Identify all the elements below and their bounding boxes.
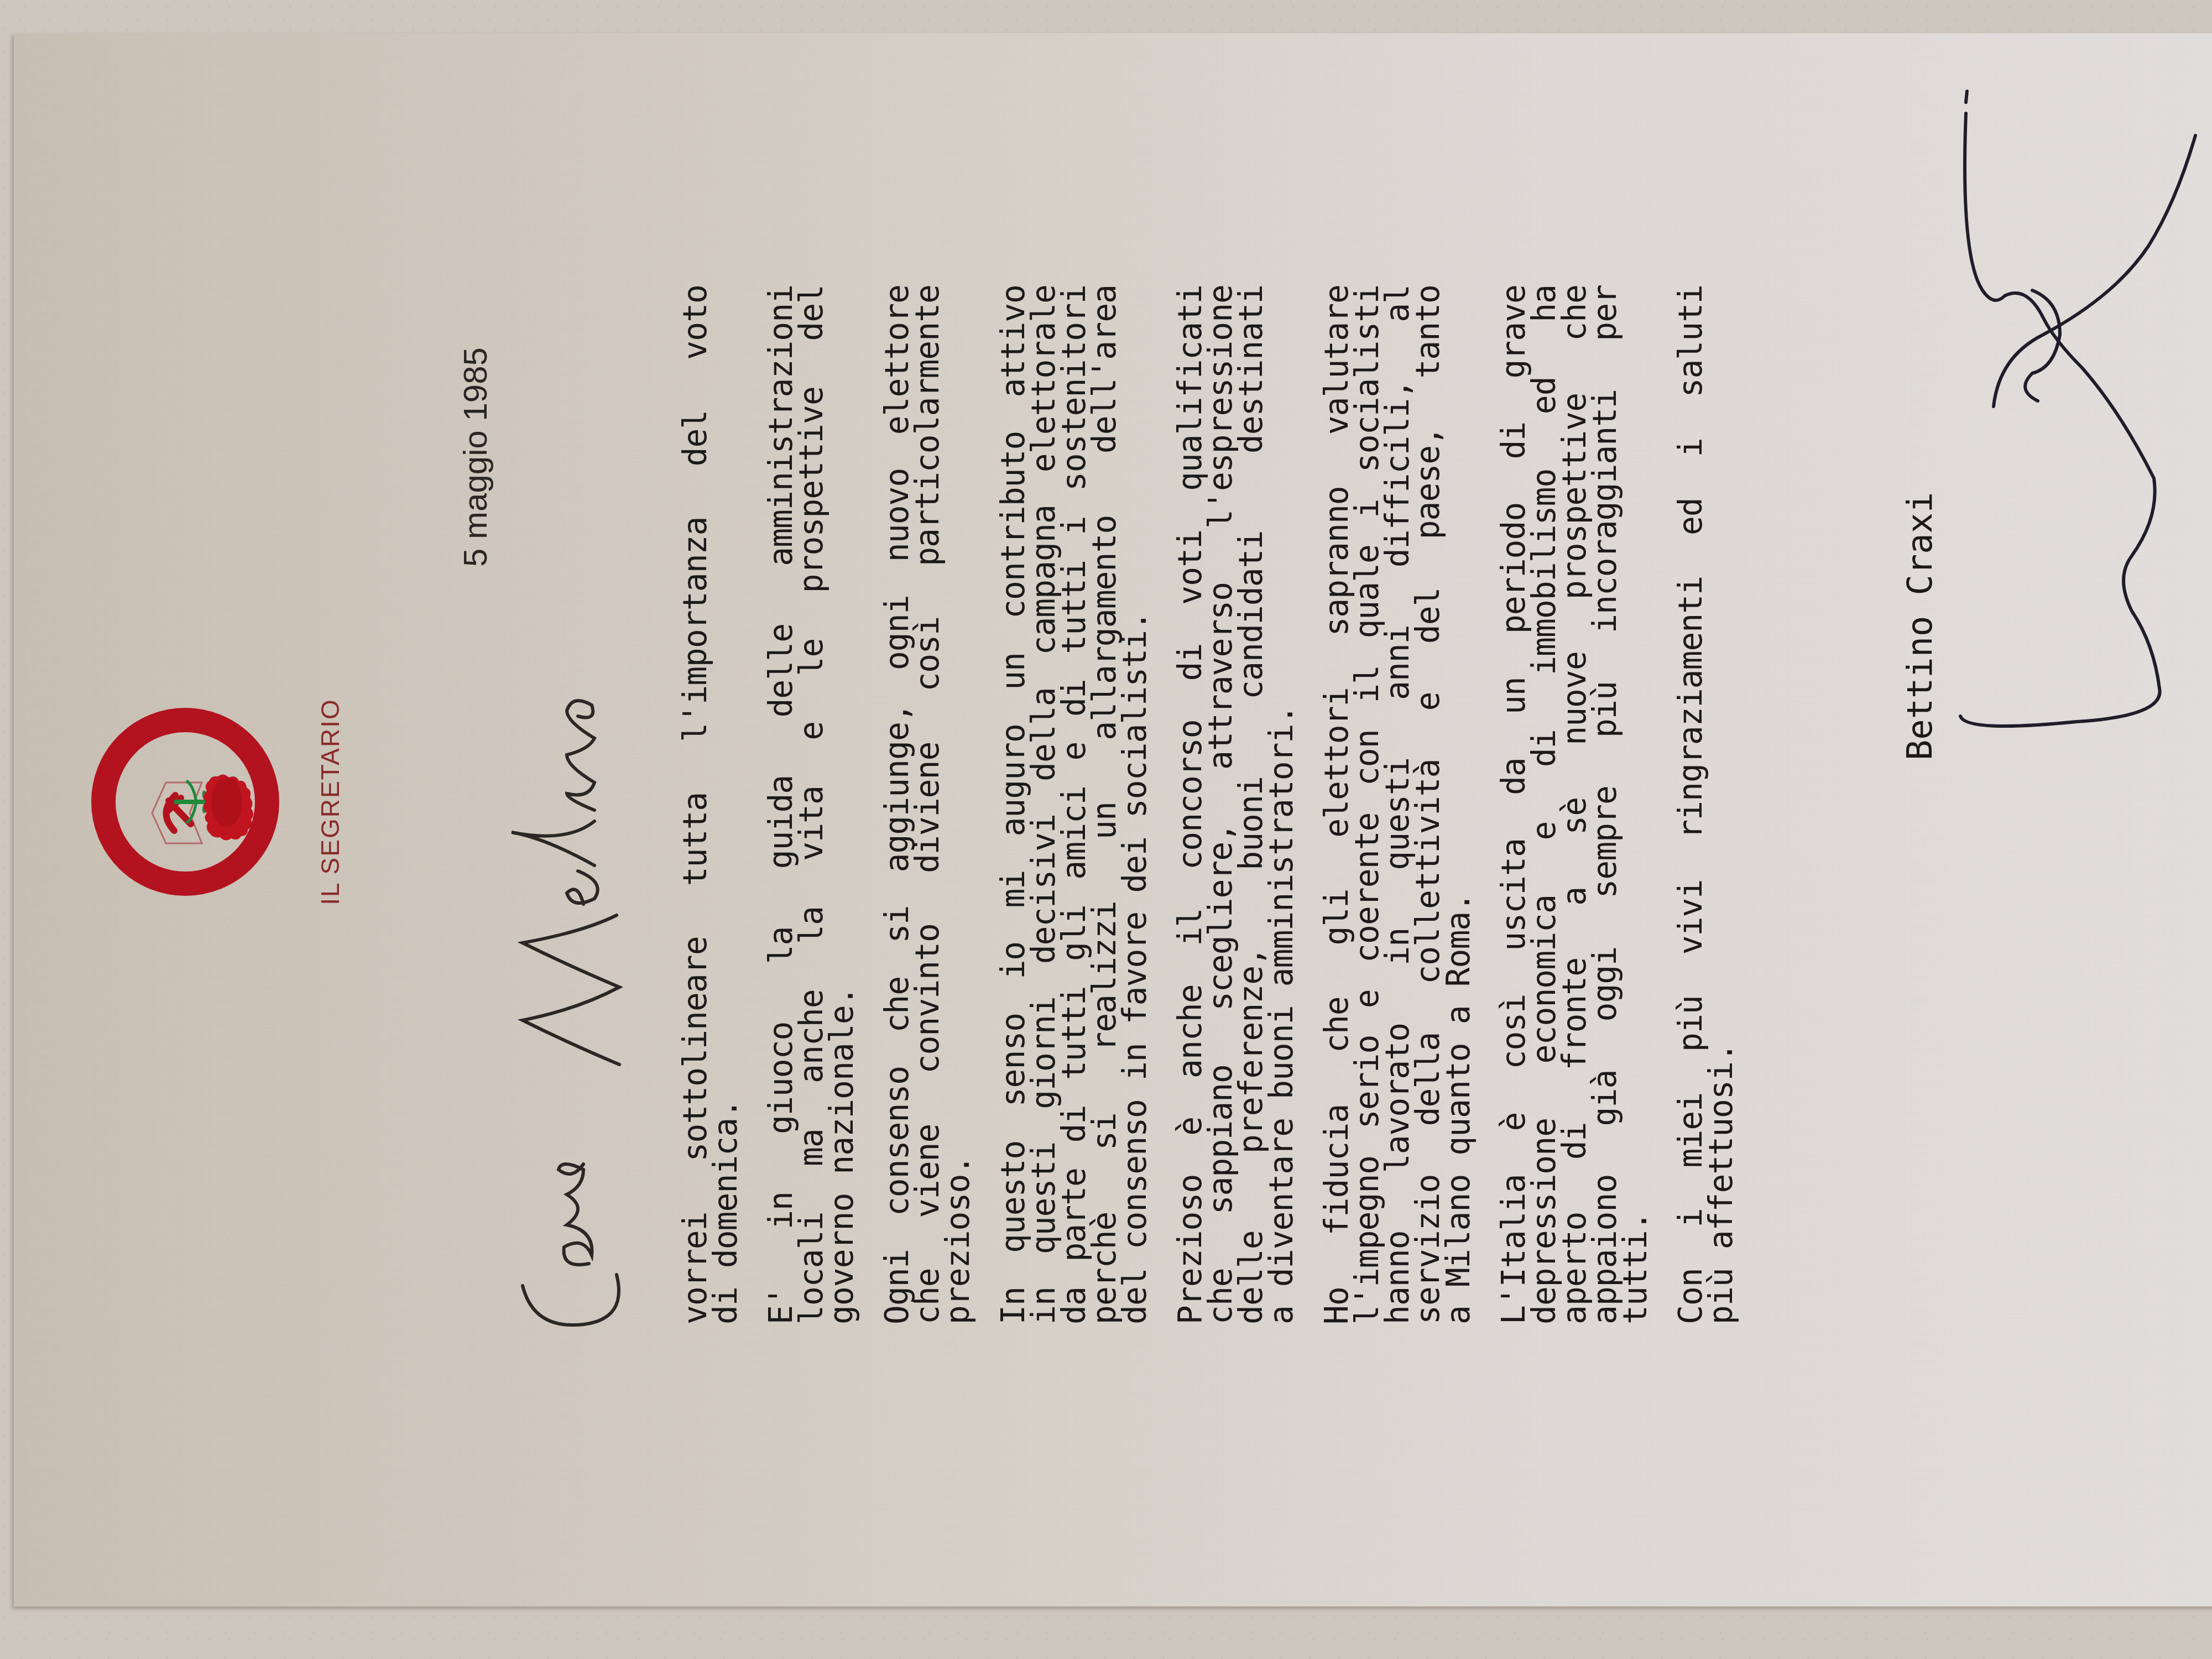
text-line: in questi giorni decisivi della campagna… [1029, 285, 1059, 1324]
letter-paper: IL SEGRETARIO 5 maggio 1985 Caro Melino … [14, 33, 2212, 1606]
text-line: di domenica. [711, 285, 741, 1324]
signer-name: Bettino Craxi [1900, 492, 1940, 760]
text-line: che sappiano scegliere, attraverso l'esp… [1206, 285, 1236, 1324]
paragraph: Prezioso è anche il concorso di voti qua… [1175, 285, 1297, 1324]
handwritten-signature-icon [1949, 33, 2209, 976]
text-line: a diventare buoni amministratori. [1266, 285, 1297, 1324]
text-line: Ho fiducia che gli elettori sapranno val… [1322, 285, 1352, 1324]
text-line: delle preferenze, buoni candidati destin… [1236, 285, 1266, 1324]
handwritten-salutation: Caro Melino [500, 644, 644, 1352]
paragraph: Ho fiducia che gli elettori sapranno val… [1322, 285, 1474, 1324]
text-line: locali ma anche la vita e le prospettive… [796, 285, 827, 1324]
paragraph: vorrei sottolineare tutta l'importanza d… [680, 285, 741, 1324]
closing-paragraph: Con i miei più vivi ringraziamenti ed i … [1676, 285, 1736, 1324]
letter-page: IL SEGRETARIO 5 maggio 1985 Caro Melino … [14, 33, 2212, 1606]
text-line: da parte di tutti gli amici e di tutti i… [1059, 285, 1089, 1324]
paragraph: Ogni consenso che si aggiunge, ogni nuov… [882, 285, 973, 1324]
carnation-emblem-icon [91, 708, 279, 896]
text-line: l'impegno serio e coerente con il quale … [1352, 285, 1383, 1324]
text-line: E' in giuoco la guida delle amministrazi… [766, 285, 796, 1324]
text-line: hanno lavorato in questi anni difficili,… [1383, 285, 1413, 1324]
letter-date: 5 maggio 1985 [456, 347, 494, 567]
text-line: perchè si realizzi un allargamento dell'… [1089, 285, 1120, 1324]
text-line: servizio della collettività e del paese,… [1413, 285, 1443, 1324]
paragraph: E' in giuoco la guida delle amministrazi… [766, 285, 857, 1324]
text-line: del consenso in favore dei socialisti. [1120, 285, 1150, 1324]
text-line: che viene convinto diviene così particol… [912, 285, 943, 1324]
text-line: Con i miei più vivi ringraziamenti ed i … [1676, 285, 1706, 1324]
text-line: tutti. [1620, 285, 1651, 1324]
text-line: governo nazionale. [827, 285, 857, 1324]
text-line: appaiono già oggi sempre più incoraggian… [1590, 285, 1620, 1324]
text-line: più affettuosi. [1706, 285, 1736, 1324]
text-line: depressione economica e di immobilismo e… [1529, 285, 1559, 1324]
text-line: Ogni consenso che si aggiunge, ogni nuov… [882, 285, 912, 1324]
text-line: Prezioso è anche il concorso di voti qua… [1175, 285, 1206, 1324]
text-line: vorrei sottolineare tutta l'importanza d… [680, 285, 711, 1324]
paragraph: L'Italia è così uscita da un periodo di … [1499, 285, 1651, 1324]
letterhead-title: IL SEGRETARIO [315, 697, 345, 907]
letter-body: vorrei sottolineare tutta l'importanza d… [680, 285, 1761, 1324]
text-line: In questo senso io mi auguro un contribu… [998, 285, 1029, 1324]
paragraph: In questo senso io mi auguro un contribu… [998, 285, 1150, 1324]
text-line: L'Italia è così uscita da un periodo di … [1499, 285, 1529, 1324]
text-line: aperto di fronte a sè nuove prospettive … [1559, 285, 1590, 1324]
text-line: prezioso. [943, 285, 973, 1324]
text-line: a Milano quanto a Roma. [1443, 285, 1474, 1324]
